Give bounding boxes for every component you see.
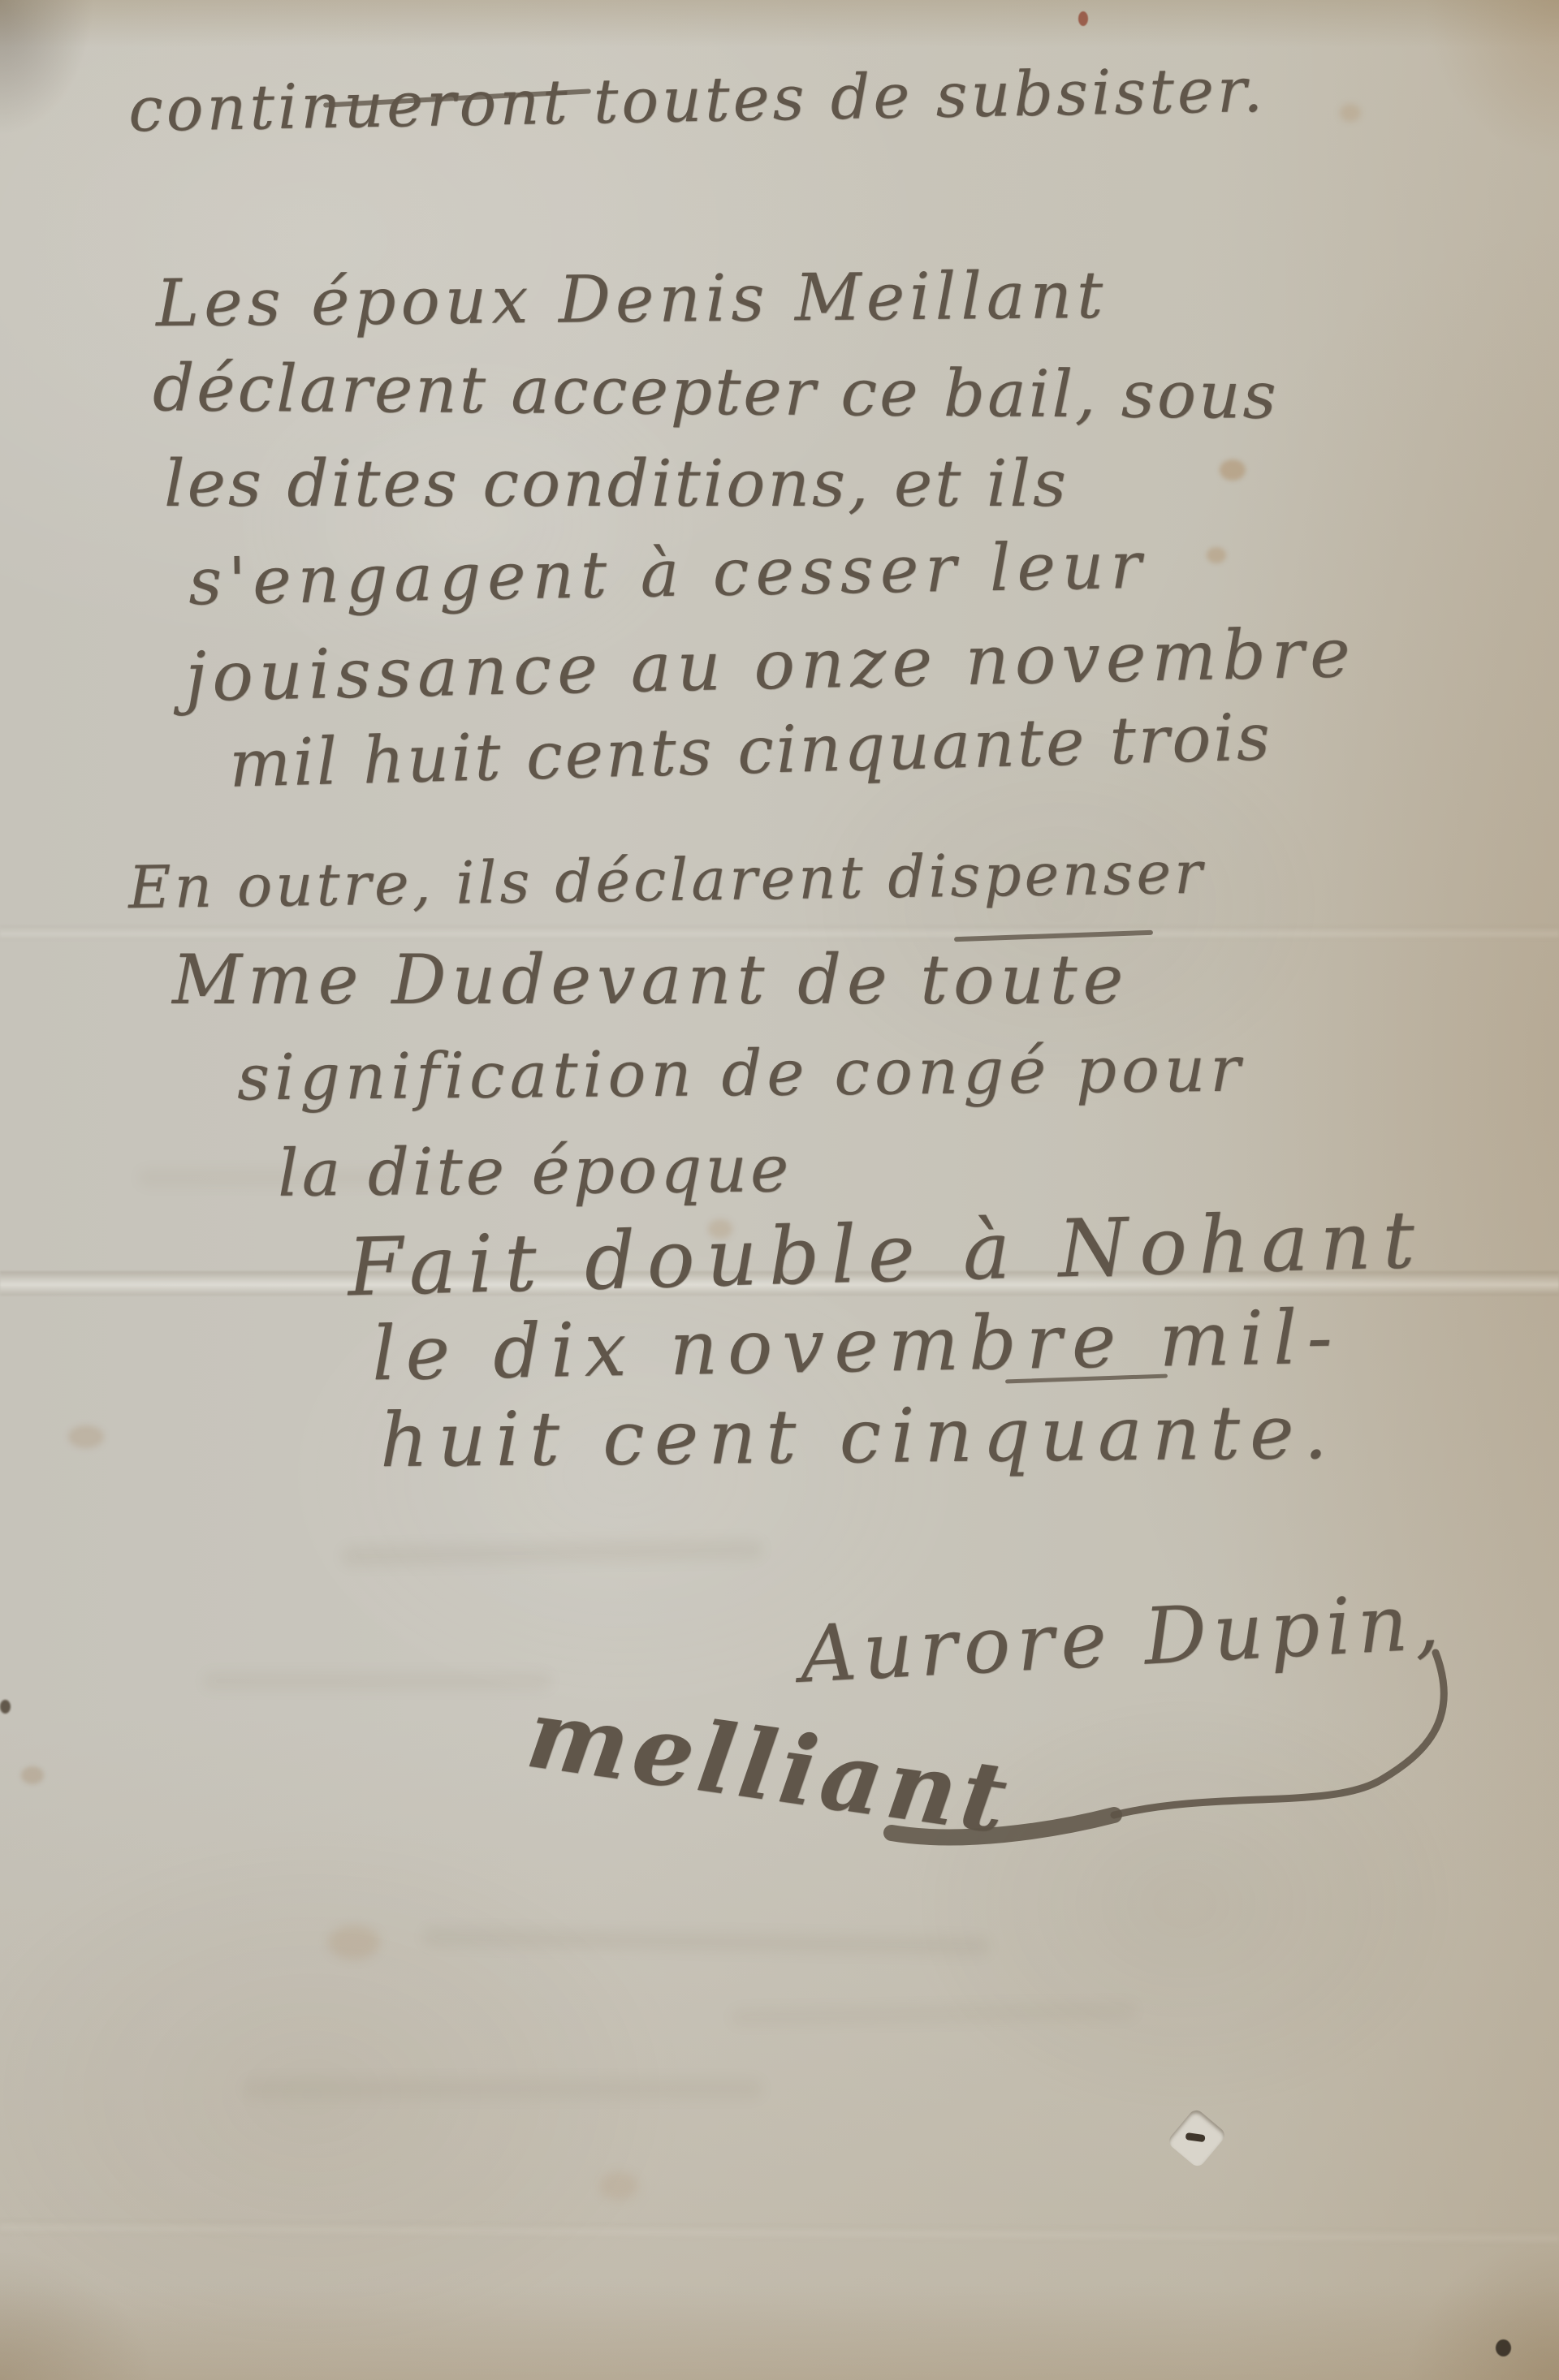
- manuscript-line: Mme Dudevant de toute: [172, 940, 1129, 1020]
- bleed-through-mark: [422, 1927, 991, 1956]
- stain: [68, 1425, 104, 1448]
- manuscript-line: la dite époque: [278, 1131, 792, 1211]
- signature-melliant: melliant: [520, 1676, 1018, 1856]
- edge-speck: [0, 1700, 11, 1714]
- red-ink-speck: [1078, 11, 1088, 26]
- bleed-through-mark: [244, 2078, 763, 2099]
- bleed-through-mark: [203, 1672, 552, 1690]
- manuscript-line: s'engagent à cesser leur: [188, 528, 1148, 620]
- manuscript-line: mil huit cents cinquante trois: [228, 699, 1273, 802]
- bleed-through-mark: [341, 1538, 763, 1567]
- manuscript-line: En outre, ils déclarent dispenser: [127, 839, 1206, 922]
- manuscript-line: signification de congé pour: [237, 1033, 1246, 1115]
- fold-crease: [0, 2218, 1559, 2245]
- paper-flaw-hole: [1166, 2107, 1228, 2169]
- foxing-spot: [1220, 459, 1246, 481]
- paper-hole: [1496, 2339, 1511, 2356]
- manuscript-line: Les époux Denis Meillant: [156, 257, 1108, 341]
- foxing-spot: [1340, 104, 1361, 122]
- fold-crease: [0, 925, 1559, 940]
- stain: [21, 1766, 44, 1784]
- manuscript-line: le dix novembre mil-: [371, 1294, 1342, 1398]
- manuscript-line: déclarent accepter ce bail, sous: [153, 350, 1279, 433]
- manuscript-line: huit cent cinquante.: [380, 1389, 1338, 1484]
- stain: [328, 1925, 380, 1960]
- foxing-spot: [1207, 547, 1226, 563]
- stain: [599, 2172, 638, 2200]
- bleed-through-mark: [731, 2002, 1137, 2027]
- manuscript-line: continueront toutes de subsister.: [127, 54, 1266, 145]
- manuscript-line: les dites conditions, et ils: [164, 446, 1069, 521]
- manuscript-photo: continueront toutes de subsister. Les ép…: [0, 0, 1559, 2380]
- signature-aurore-dupin: Aurore Dupin,: [798, 1576, 1448, 1700]
